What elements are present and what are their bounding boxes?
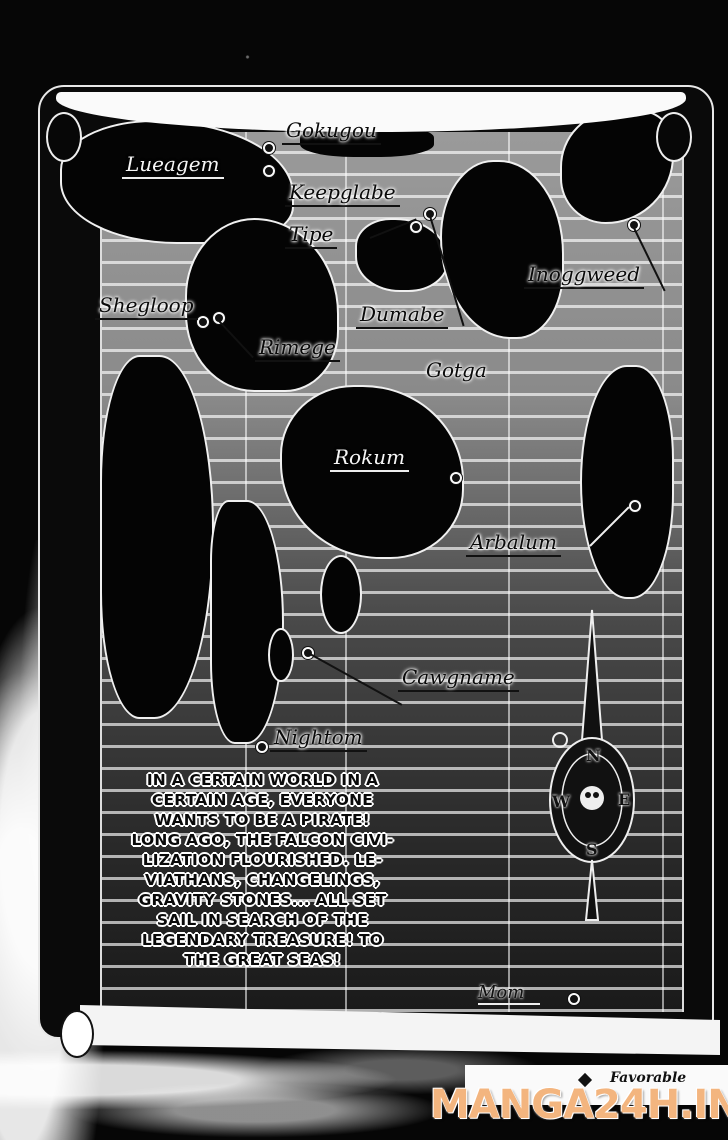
pin-mom (568, 993, 580, 1005)
scroll-curl-left (46, 112, 82, 162)
compass-rose-icon (540, 600, 640, 930)
narration-line: lization flourished. Le- (110, 850, 415, 870)
map-label-nightom: Nightom (270, 725, 367, 752)
map-label-lueagem: Lueagem (122, 152, 224, 179)
narration-line: In a certain world in a (110, 770, 415, 790)
island-cawgname (320, 555, 362, 634)
pin-nightom (256, 741, 268, 753)
narration-text: In a certain world in a certain age, eve… (110, 770, 415, 970)
pin-gokugou (263, 142, 275, 154)
island-small (268, 628, 294, 682)
map-label-inoggweed: Inoggweed (524, 262, 644, 289)
map-label-gokugou: Gokugou (282, 118, 381, 145)
compass-north-label: N (586, 746, 601, 765)
pin-shegloop (197, 316, 209, 328)
narration-line: gravity stones... all set (110, 890, 415, 910)
landmass-nightom-tip (210, 500, 284, 744)
compass-west-label: W (552, 792, 570, 811)
grid-line (662, 132, 664, 1012)
compass-east-label: E (618, 790, 630, 809)
narration-line: the great seas! (110, 950, 415, 970)
map-label-rimege: Rimege (255, 335, 340, 362)
pin-tipe (410, 221, 422, 233)
map-label-dumabe: Dumabe (356, 302, 448, 329)
pin-arbalum (629, 500, 641, 512)
landmass-east (580, 365, 674, 599)
narration-line: viathans, changelings, (110, 870, 415, 890)
narration-line: certain age, everyone (110, 790, 415, 810)
narration-line: legendary treasure! To (110, 930, 415, 950)
compass-rose: N E S W (540, 600, 640, 930)
watermark: MANGA24H.INFO (430, 1082, 728, 1128)
pin-rokum (450, 472, 462, 484)
narration-line: Long ago, the Falcon civi- (110, 830, 415, 850)
map-label-arbalum: Arbalum (466, 530, 561, 557)
map-label-cawgname: Cawgname (398, 665, 519, 692)
map-label-keepglabe: Keepglabe (285, 180, 400, 207)
pin-cawgname (302, 647, 314, 659)
narration-line: wants to be a pirate! (110, 810, 415, 830)
manga-page: Gokugou Lueagem Keepglabe Tipe Inoggweed… (0, 0, 728, 1140)
map-label-gotga: Gotga (422, 358, 491, 383)
compass-south-label: S (586, 840, 598, 859)
scroll-curl-right (656, 112, 692, 162)
scale-emblem (60, 1010, 94, 1058)
narration-line: sail in search of the (110, 910, 415, 930)
map-label-shegloop: Shegloop (95, 293, 198, 320)
map-label-mom: Mom (478, 982, 540, 1005)
pin-lueagem (263, 165, 275, 177)
map-label-rokum: Rokum (330, 445, 409, 472)
map-label-tipe: Tipe (285, 222, 337, 249)
